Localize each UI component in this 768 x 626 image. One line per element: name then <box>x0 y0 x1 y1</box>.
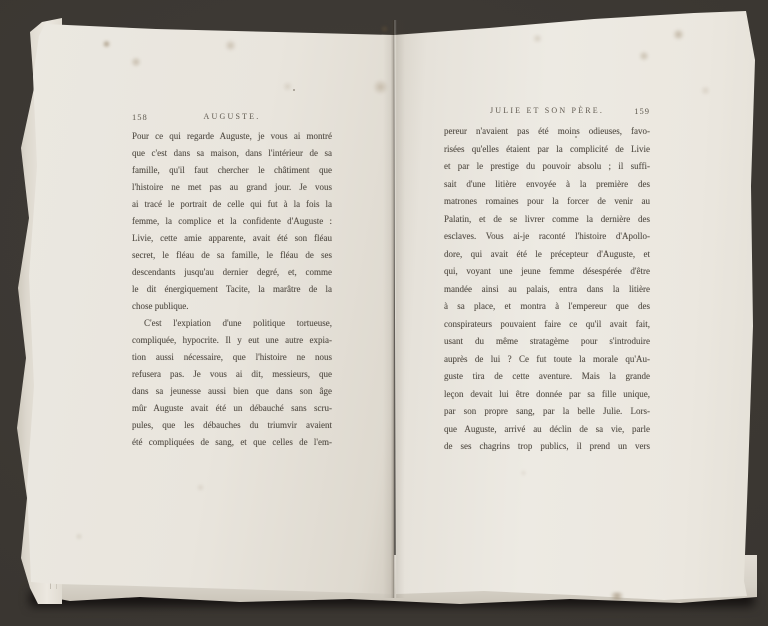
text-line: dans sa jeunesse aussi bien que dans son… <box>132 383 332 400</box>
text-line: ai tracé le portrait de celle qui fut à … <box>132 196 332 213</box>
text-line: refusera pas. Je vous ai dit, messieurs,… <box>132 366 332 383</box>
text-line: risées qu'elles étaient par la complicit… <box>444 141 650 159</box>
text-line: par son propre sang, par la belle Julie.… <box>444 403 650 421</box>
text-line: que c'est dans sa maison, dans l'intérie… <box>132 145 332 162</box>
text-line: guste tira de cette aventure. Mais la gr… <box>444 368 650 386</box>
text-line: matrones romaines pour la forcer de veni… <box>444 193 650 211</box>
left-running-head: 158 AUGUSTE. <box>132 112 332 124</box>
text-line: Livie, cette amie apparente, avait été s… <box>132 230 332 247</box>
text-line: qui, voyant une jeune femme désespérée d… <box>444 263 650 281</box>
text-line: conspirateurs pouvaient faire ce qu'il a… <box>444 316 650 334</box>
text-line: chose publique. <box>132 298 332 315</box>
right-running-head: JULIE ET SON PÈRE. 159 <box>444 106 650 118</box>
text-line: été compliquées de sang, et que celles d… <box>132 434 332 451</box>
paper-speck <box>293 89 295 91</box>
text-line: usant du même stratagème pour s'introdui… <box>444 333 650 351</box>
left-page-body: Pour ce qui regarde Auguste, je vous ai … <box>132 128 332 451</box>
foxing-spot <box>380 25 389 33</box>
text-line: de ses chagrins trop publics, il prend u… <box>444 438 650 456</box>
text-line: esclaves. Vous ai-je raconté l'histoire … <box>444 228 650 246</box>
right-page-number: 159 <box>634 106 650 116</box>
right-page-body: pereur n'avaient pas été moins odieuses,… <box>444 123 650 456</box>
text-line: famille, qu'il faut chercher le châtimen… <box>132 162 332 179</box>
text-line: à sa place, et montra à l'empereur que d… <box>444 298 650 316</box>
text-line: dore, qui avait été le précepteur d'Augu… <box>444 246 650 264</box>
photo-background: 158 AUGUSTE. Pour ce qui regarde Auguste… <box>0 0 768 626</box>
text-line: tion aussi nécessaire, que l'histoire ne… <box>132 349 332 366</box>
text-line: pereur n'avaient pas été moins odieuses,… <box>444 123 650 141</box>
left-page: 158 AUGUSTE. Pour ce qui regarde Auguste… <box>26 16 394 596</box>
text-line: et par le prestige du pouvoir absolu ; i… <box>444 158 650 176</box>
text-line: auprès de lui ? Ce fut toute la morale q… <box>444 351 650 369</box>
left-page-number: 158 <box>132 112 148 122</box>
right-page: JULIE ET SON PÈRE. 159 pereur n'avaient … <box>394 6 758 608</box>
text-line: l'histoire ne met pas au grand jour. Je … <box>132 179 332 196</box>
text-line: leçon devait lui être donnée par sa fill… <box>444 386 650 404</box>
text-line: descendants jusqu'au dernier degré, et, … <box>132 264 332 281</box>
text-line: C'est l'expiation d'une politique tortue… <box>132 315 332 332</box>
text-line: compliquée, hypocrite. Il y eut une autr… <box>132 332 332 349</box>
text-line: pules, que les débauches du triumvir ava… <box>132 417 332 434</box>
left-running-title: AUGUSTE. <box>204 112 261 121</box>
text-line: femme, la complice et la confidente d'Au… <box>132 213 332 230</box>
text-line: mandée ainsi au palais, entra dans la li… <box>444 281 650 299</box>
text-line: Palatin, et de se livrer comme la derniè… <box>444 211 650 229</box>
text-line: mûr Auguste avait été un débauché sans s… <box>132 400 332 417</box>
text-line: Pour ce qui regarde Auguste, je vous ai … <box>132 128 332 145</box>
text-line: que Auguste, arrivé au déclin de sa vie,… <box>444 421 650 439</box>
right-running-title: JULIE ET SON PÈRE. <box>490 106 604 115</box>
text-line: le dit énergiquement Tacite, la marâtre … <box>132 281 332 298</box>
paper-speck <box>575 136 577 138</box>
text-line: secret, le fléau de sa famille, le fléau… <box>132 247 332 264</box>
text-line: sait d'une litière envoyée à la première… <box>444 176 650 194</box>
